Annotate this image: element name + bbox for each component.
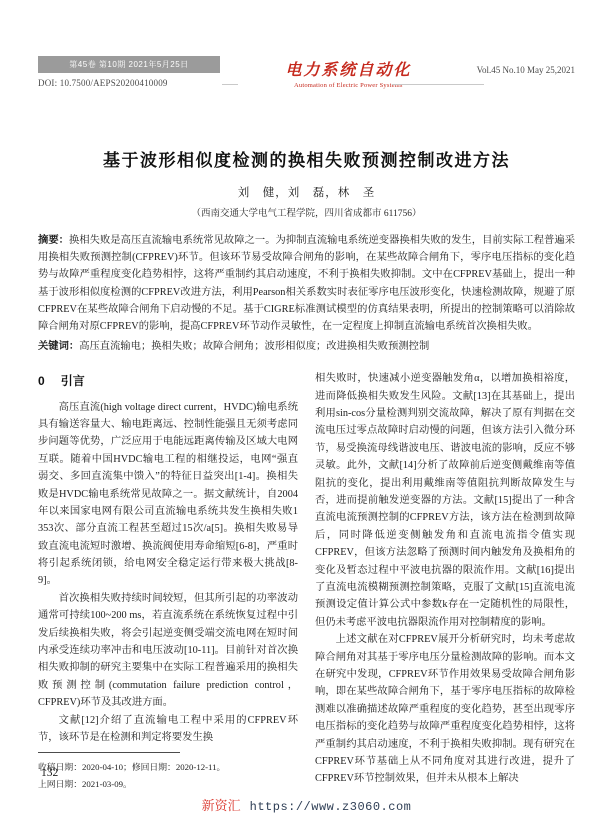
section-heading-introduction: 0引言: [38, 371, 298, 391]
body-paragraph: 文献[12]介绍了直流输电工程中采用的CFPREV环节，该环节是在检测和判定将要…: [38, 712, 298, 747]
footnote-received-date: 收稿日期：2020-04-10；修回日期：2020-12-11。: [38, 759, 298, 775]
two-column-body: 0引言 高压直流(high voltage direct current，HVD…: [38, 370, 575, 794]
journal-header: 第45卷 第10期 2021年5月25日 DOI: 10.7500/AEPS20…: [38, 56, 575, 106]
issue-box: 第45卷 第10期 2021年5月25日: [38, 56, 220, 73]
keywords-text: 高压直流输电；换相失败；故障合闸角；波形相似度；改进换相失败预测控制: [79, 341, 429, 352]
author-affiliation: （西南交通大学电气工程学院，四川省成都市 611756）: [38, 205, 575, 219]
article-title: 基于波形相似度检测的换相失败预测控制改进方法: [38, 146, 575, 171]
right-column: 相失败时，快速减小逆变器触发角α，以增加换相裕度，进而降低换相失败发生风险。文献…: [315, 370, 575, 794]
body-paragraph: 相失败时，快速减小逆变器触发角α，以增加换相裕度，进而降低换相失败发生风险。文献…: [315, 370, 575, 631]
body-paragraph: 首次换相失败持续时间较短，但其所引起的功率波动通常可持续100~200 ms，若…: [38, 590, 298, 712]
abstract-block: 摘要：换相失败是高压直流输电系统常见故障之一。为抑制直流输电系统逆变器换相失败的…: [38, 232, 575, 335]
watermark-url-link[interactable]: https://www.z3060.com: [250, 800, 412, 814]
keywords-block: 关键词：高压直流输电；换相失败；故障合闸角；波形相似度；改进换相失败预测控制: [38, 338, 575, 355]
watermark: 新资汇https://www.z3060.com: [0, 795, 613, 815]
footnote-online-date: 上网日期：2021-03-09。: [38, 776, 298, 792]
volume-info: Vol.45 No.10 May 25,2021: [477, 65, 575, 75]
doi-text: DOI: 10.7500/AEPS20200410009: [38, 78, 220, 88]
body-paragraph: 上述文献在对CFPREV展开分析研究时，均未考虑故障合闸角对其基于零序电压分量检…: [315, 631, 575, 788]
journal-page: 第45卷 第10期 2021年5月25日 DOI: 10.7500/AEPS20…: [0, 0, 613, 825]
section-number: 0: [38, 374, 45, 388]
author-names: 刘 健，刘 磊，林 圣: [38, 184, 575, 200]
page-number: 132: [41, 767, 58, 779]
abstract-label: 摘要：: [38, 235, 69, 246]
body-paragraph: 高压直流(high voltage direct current，HVDC)输电…: [38, 399, 298, 590]
footnote-divider: [38, 752, 180, 753]
watermark-brand: 新资汇: [202, 798, 241, 813]
keywords-label: 关键词：: [38, 341, 79, 352]
header-divider-right: [392, 84, 484, 85]
abstract-text: 换相失败是高压直流输电系统常见故障之一。为抑制直流输电系统逆变器换相失败的发生，…: [38, 235, 575, 332]
journal-logo: 电力系统自动化: [220, 57, 477, 80]
left-column: 0引言 高压直流(high voltage direct current，HVD…: [38, 370, 298, 794]
footnote-funding: 国家重点研发计划资助项目(2016YFB0900600)。: [38, 792, 298, 794]
header-left: 第45卷 第10期 2021年5月25日 DOI: 10.7500/AEPS20…: [38, 56, 220, 88]
header-divider-left: [222, 84, 238, 85]
footnote-block: 收稿日期：2020-04-10；修回日期：2020-12-11。 上网日期：20…: [38, 746, 298, 794]
section-title: 引言: [61, 374, 85, 388]
